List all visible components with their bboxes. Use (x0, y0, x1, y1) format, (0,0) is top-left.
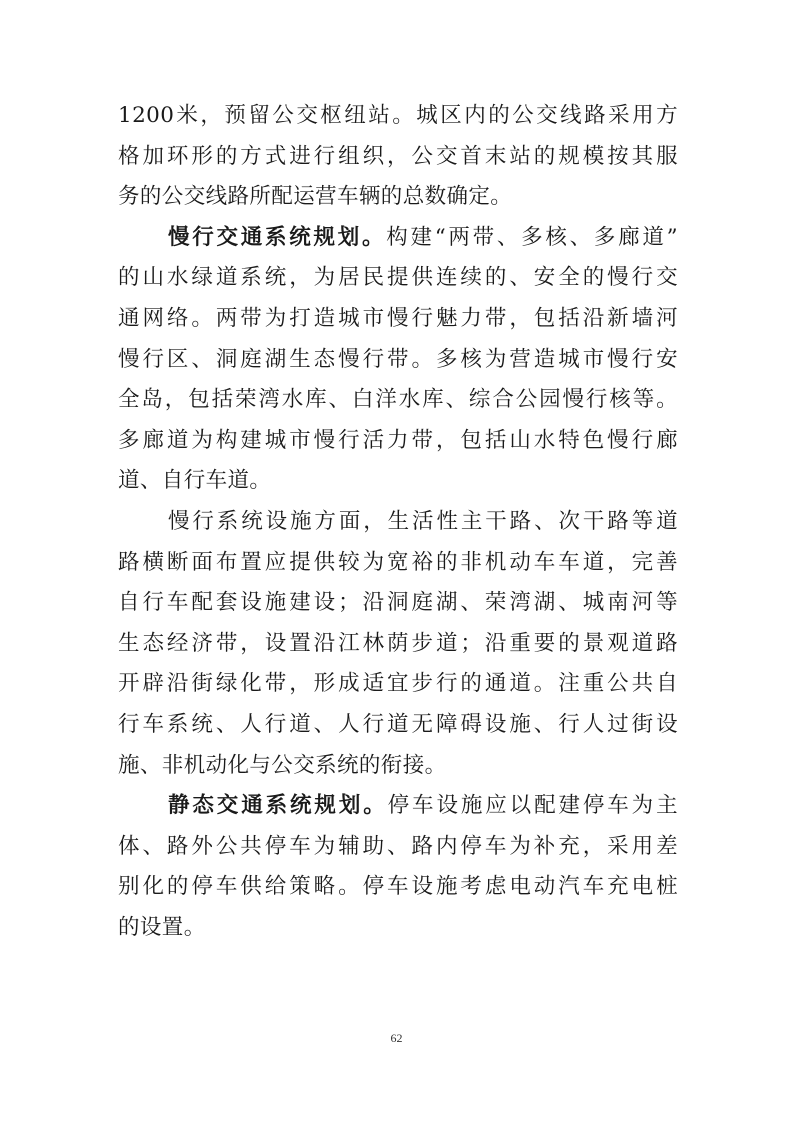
text-line: 别化的停车供给策略。停车设施考虑电动汽车充电桩 (118, 867, 678, 908)
paragraph-bus-network-continued: 1200米，预留公交枢纽站。城区内的公交线路采用方 格加环形的方式进行组织，公交… (118, 96, 678, 218)
text-line: 路横断面布置应提供较为宽裕的非机动车车道，完善 (118, 543, 678, 584)
text-line: 1200米，预留公交枢纽站。城区内的公交线路采用方 (118, 96, 678, 137)
text-line: 慢行交通系统规划。构建“两带、多核、多廊道” (118, 218, 678, 259)
text-line: 道、自行车道。 (118, 461, 678, 502)
text-line: 行车系统、人行道、人行道无障碍设施、行人过街设 (118, 705, 678, 746)
text-line: 格加环形的方式进行组织，公交首末站的规模按其服 (118, 137, 678, 178)
text-line: 体、路外公共停车为辅助、路内停车为补充，采用差 (118, 827, 678, 868)
page-number: 62 (0, 1031, 793, 1046)
text-line: 生态经济带，设置沿江林荫步道；沿重要的景观道路 (118, 624, 678, 665)
text-line: 的山水绿道系统，为居民提供连续的、安全的慢行交 (118, 258, 678, 299)
text-line: 施、非机动化与公交系统的衔接。 (118, 746, 678, 787)
text-line: 务的公交线路所配运营车辆的总数确定。 (118, 177, 678, 218)
document-body: 1200米，预留公交枢纽站。城区内的公交线路采用方 格加环形的方式进行组织，公交… (118, 96, 678, 948)
text-line: 慢行系统设施方面，生活性主干路、次干路等道 (118, 502, 678, 543)
text-line: 全岛，包括荣湾水库、白洋水库、综合公园慢行核等。 (118, 380, 678, 421)
text-run: 构建“两带、多核、多廊道” (386, 225, 678, 250)
text-line: 慢行区、洞庭湖生态慢行带。多核为营造城市慢行安 (118, 340, 678, 381)
paragraph-static-traffic-planning: 静态交通系统规划。停车设施应以配建停车为主 体、路外公共停车为辅助、路内停车为补… (118, 786, 678, 948)
section-heading: 慢行交通系统规划。 (168, 225, 386, 250)
paragraph-slow-traffic-facilities: 慢行系统设施方面，生活性主干路、次干路等道 路横断面布置应提供较为宽裕的非机动车… (118, 502, 678, 786)
text-line: 通网络。两带为打造城市慢行魅力带，包括沿新墙河 (118, 299, 678, 340)
paragraph-slow-traffic-planning: 慢行交通系统规划。构建“两带、多核、多廊道” 的山水绿道系统，为居民提供连续的、… (118, 218, 678, 502)
text-line: 开辟沿街绿化带，形成适宜步行的通道。注重公共自 (118, 664, 678, 705)
text-line: 的设置。 (118, 908, 678, 949)
section-heading: 静态交通系统规划。 (168, 793, 388, 818)
text-line: 静态交通系统规划。停车设施应以配建停车为主 (118, 786, 678, 827)
text-line: 多廊道为构建城市慢行活力带，包括山水特色慢行廊 (118, 421, 678, 462)
text-line: 自行车配套设施建设；沿洞庭湖、荣湾湖、城南河等 (118, 583, 678, 624)
text-run: 停车设施应以配建停车为主 (388, 793, 678, 818)
